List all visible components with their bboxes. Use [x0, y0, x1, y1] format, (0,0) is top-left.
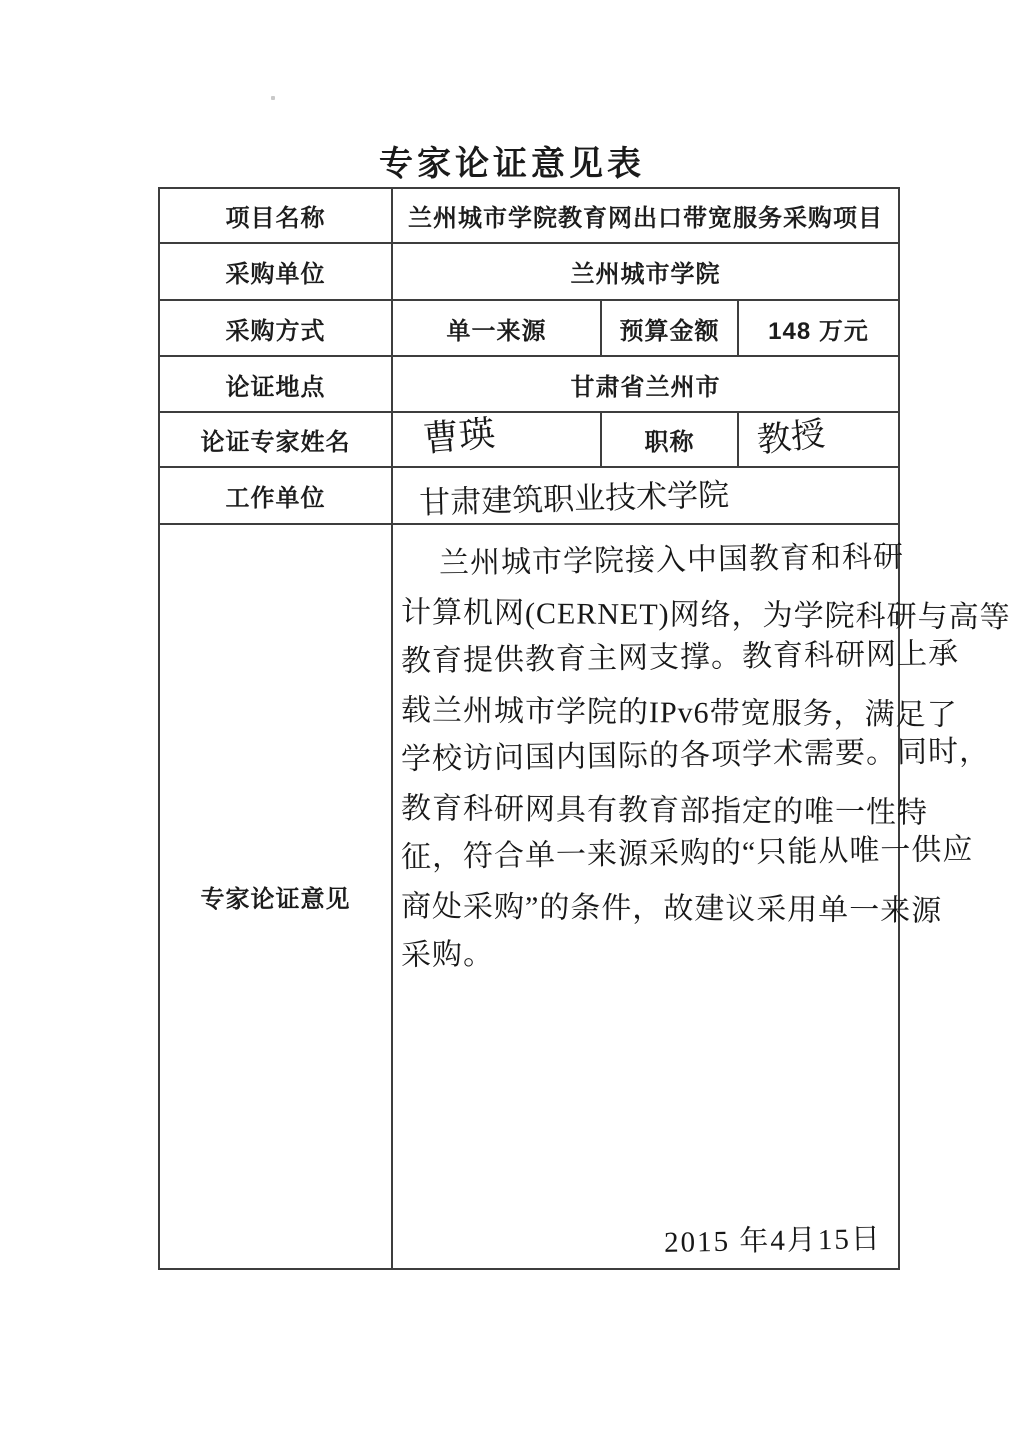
- table-row: 工作单位 甘肃建筑职业技术学院: [159, 467, 899, 524]
- opinion-line: 采购。: [401, 929, 495, 974]
- opinion-cell: 兰州城市学院接入中国教育和科研 计算机网(CERNET)网络，为学院科研与高等 …: [392, 524, 899, 1269]
- method-value: 单一来源: [392, 300, 601, 356]
- opinion-line: 学校访问国内国际的各项学术需要。同时，: [401, 726, 991, 778]
- page-title: 专家论证意见表: [0, 136, 1024, 185]
- opinion-line: 教育提供教育主网支撑。教育科研网上承: [401, 628, 960, 680]
- expert-name-cell: 曹瑛: [392, 412, 601, 467]
- table-row: 论证专家姓名 曹瑛 职称 教授: [159, 412, 899, 467]
- work-unit-label: 工作单位: [159, 467, 392, 524]
- table-row: 论证地点 甘肃省兰州市: [159, 356, 899, 412]
- expert-name-label: 论证专家姓名: [159, 412, 392, 467]
- opinion-line: 兰州城市学院接入中国教育和科研: [439, 532, 905, 582]
- table-row: 专家论证意见 兰州城市学院接入中国教育和科研 计算机网(CERNET)网络，为学…: [159, 524, 899, 1269]
- job-title-signature: 教授: [736, 406, 827, 464]
- table-row: 项目名称 兰州城市学院教育网出口带宽服务采购项目: [159, 188, 899, 243]
- purchaser-value: 兰州城市学院: [392, 243, 899, 300]
- expert-name-signature: 曹瑛: [391, 405, 497, 465]
- job-title-cell: 教授: [738, 412, 899, 467]
- opinion-line: 教育科研网具有教育部指定的唯一性特: [401, 783, 928, 832]
- opinion-label: 专家论证意见: [159, 524, 392, 1269]
- opinion-handwritten-text: 兰州城市学院接入中国教育和科研 计算机网(CERNET)网络，为学院科研与高等 …: [393, 526, 898, 1267]
- location-label: 论证地点: [159, 356, 392, 412]
- expert-opinion-form-table: 项目名称 兰州城市学院教育网出口带宽服务采购项目 采购单位 兰州城市学院 采购方…: [158, 187, 900, 1270]
- project-name-value: 兰州城市学院教育网出口带宽服务采购项目: [392, 188, 899, 243]
- scan-speck: [271, 96, 275, 100]
- opinion-date-signature: 2015 年4月15日: [664, 1216, 882, 1261]
- work-unit-signature: 甘肃建筑职业技术学院: [392, 459, 729, 523]
- opinion-line: 征，符合单一来源采购的“只能从唯一供应: [401, 824, 974, 876]
- purchaser-label: 采购单位: [159, 243, 392, 300]
- work-unit-cell: 甘肃建筑职业技术学院: [392, 467, 899, 524]
- project-name-label: 项目名称: [159, 188, 392, 243]
- table-row: 采购单位 兰州城市学院: [159, 243, 899, 300]
- opinion-line: 商处采购”的条件，故建议采用单一来源: [401, 881, 943, 930]
- method-label: 采购方式: [159, 300, 392, 356]
- budget-value: 148 万元: [738, 300, 899, 356]
- budget-label: 预算金额: [601, 300, 738, 356]
- table-row: 采购方式 单一来源 预算金额 148 万元: [159, 300, 899, 356]
- location-value: 甘肃省兰州市: [392, 356, 899, 412]
- document-page: 专家论证意见表 项目名称 兰州城市学院教育网出口带宽服务采购项目 采购单位 兰州…: [0, 0, 1024, 1448]
